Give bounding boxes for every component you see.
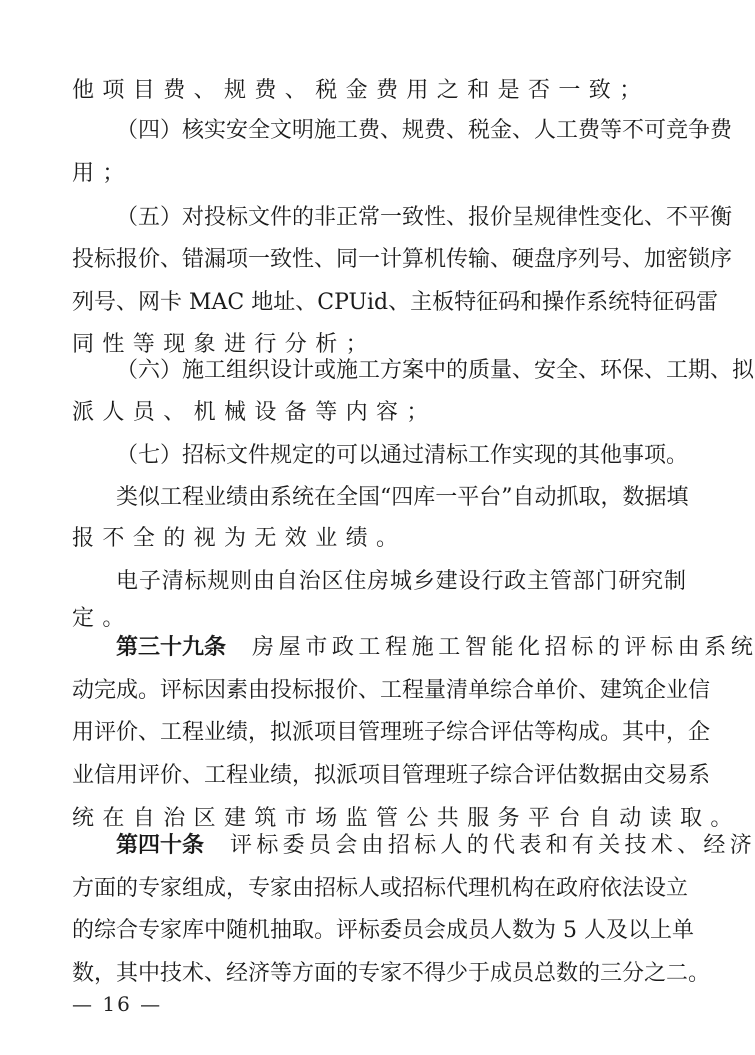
text-line: 数，其中技术、经济等方面的专家不得少于成员总数的三分之二。 (72, 958, 686, 990)
article-text: 房屋市政工程施工智能化招标的评标由系统自 (252, 635, 755, 660)
text-line: 用评价、工程业绩，拟派项目管理班子综合评估等构成。其中，企 (72, 717, 686, 749)
text-line: 电子清标规则由自治区住房城乡建设行政主管部门研究制 (116, 566, 686, 598)
text-line: 列号、网卡 MAC 地址、CPUid、主板特征码和操作系统特征码雷 (72, 287, 686, 319)
text-line: 类似工程业绩由系统在全国“四库一平台”自动抓取，数据填 (116, 482, 686, 514)
text-line: （六）施工组织设计或施工方案中的质量、安全、环保、工期、拟 (116, 355, 686, 387)
text-line: 业信用评价、工程业绩，拟派项目管理班子综合评估数据由交易系 (72, 760, 686, 792)
article-text: 评标委员会由招标人的代表和有关技术、经济等 (230, 833, 755, 858)
text-line: 定。 (72, 603, 686, 635)
text-line: 投标报价、错漏项一致性、同一计算机传输、硬盘序列号、加密锁序 (72, 244, 686, 276)
article-40-first-line: 第四十条评标委员会由招标人的代表和有关技术、经济等 (116, 830, 686, 862)
page-number: — 16 — (72, 990, 162, 1018)
article-heading: 第四十条 (116, 833, 204, 858)
text-line: 方面的专家组成，专家由招标人或招标代理机构在政府依法设立 (72, 873, 686, 905)
text-line: （五）对投标文件的非正常一致性、报价呈规律性变化、不平衡 (116, 202, 686, 234)
text-line: 报不全的视为无效业绩。 (72, 523, 686, 555)
text-line: 动完成。评标因素由投标报价、工程量清单综合单价、建筑企业信 (72, 675, 686, 707)
article-heading: 第三十九条 (116, 635, 226, 660)
text-line: 的综合专家库中随机抽取。评标委员会成员人数为 5 人及以上单 (72, 915, 686, 947)
text-line: 派人员、机械设备等内容； (72, 397, 686, 429)
article-39-first-line: 第三十九条房屋市政工程施工智能化招标的评标由系统自 (116, 632, 686, 664)
text-line: 他项目费、规费、税金费用之和是否一致； (72, 75, 686, 107)
text-line: 用； (72, 158, 686, 190)
document-page: 他项目费、规费、税金费用之和是否一致； （四）核实安全文明施工费、规费、税金、人… (0, 0, 755, 1055)
text-line: （七）招标文件规定的可以通过清标工作实现的其他事项。 (116, 440, 686, 472)
text-line: （四）核实安全文明施工费、规费、税金、人工费等不可竞争费 (116, 115, 686, 147)
